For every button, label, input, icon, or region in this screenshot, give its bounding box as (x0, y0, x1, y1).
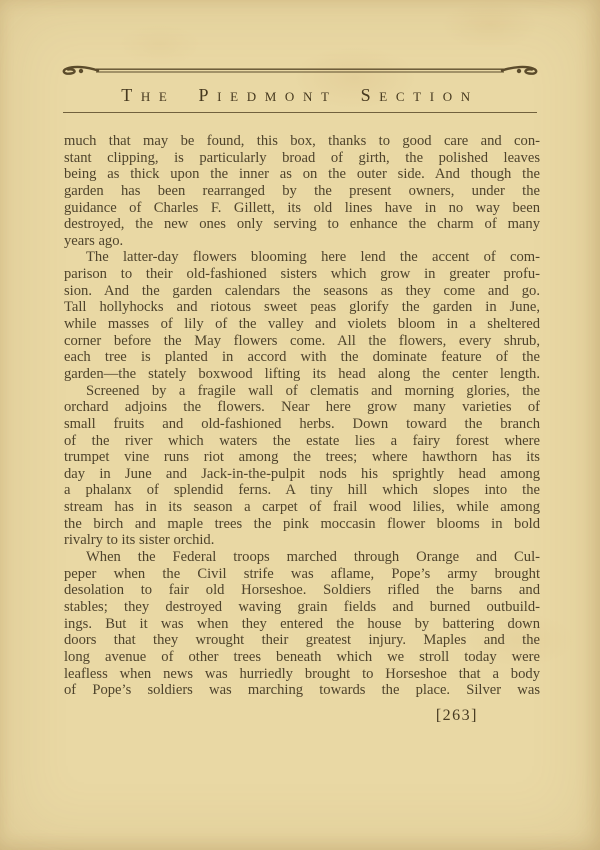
text-line: stables; they destroyed waving grain fie… (64, 599, 540, 616)
text-line: peper when the Civil strife was aflame, … (64, 566, 540, 583)
text-line: desolation to fair old Horseshoe. Soldie… (64, 582, 540, 599)
text-line: much that may be found, this box, thanks… (64, 133, 540, 150)
text-line: stream has in its season a carpet of fra… (64, 499, 540, 516)
text-line: orchard adjoins the flowers. Near here g… (64, 399, 540, 416)
text-line: each tree is planted in accord with the … (64, 349, 540, 366)
text-line: doors that they wrought their greatest i… (64, 632, 540, 649)
text-line: Tall hollyhocks and riotous sweet peas g… (64, 299, 540, 316)
text-line: rivalry to its sister orchid. (64, 532, 540, 549)
text-line: small fruits and old-fashioned herbs. Do… (64, 416, 540, 433)
scroll-flourish-left-icon (64, 67, 98, 74)
text-line: When the Federal troops marched through … (64, 549, 540, 566)
text-line: trumpet vine runs riot among the trees; … (64, 449, 540, 466)
text-line: being as thick upon the inner as on the … (64, 166, 540, 183)
text-line: leafless when news was hurriedly brought… (64, 666, 540, 683)
page-number: [263] (64, 707, 478, 725)
text-line: guidance of Charles F. Gillett, its old … (64, 200, 540, 217)
text-line: day in June and Jack-in-the-pulpit nods … (64, 466, 540, 483)
text-line: sion. And the garden calendars the seaso… (64, 283, 540, 300)
text-line: garden has been rearranged by the presen… (64, 183, 540, 200)
text-line: long avenue of other trees beneath which… (64, 649, 540, 666)
body-text: much that may be found, this box, thanks… (64, 133, 540, 699)
scroll-flourish-right-icon (502, 67, 536, 74)
text-line: parison to their old-fashioned sisters w… (64, 266, 540, 283)
text-line: ings. But it was when they entered the h… (64, 616, 540, 633)
text-line: a phalanx of splendid ferns. A tiny hill… (64, 482, 540, 499)
running-head-title: The Piedmont Section (0, 85, 600, 106)
text-line: the birch and maple trees the pink mocca… (64, 516, 540, 533)
header-divider-rule (63, 112, 537, 113)
text-line: while masses of lily of the valley and v… (64, 316, 540, 333)
text-line: of the river which waters the estate lie… (64, 433, 540, 450)
text-line: destroyed, the new ones only serving to … (64, 216, 540, 233)
book-page: The Piedmont Section much that may be fo… (0, 0, 600, 850)
text-line: of Pope’s soldiers was marching towards … (64, 682, 540, 699)
text-line: corner before the May flowers come. All … (64, 333, 540, 350)
text-line: Screened by a fragile wall of clematis a… (64, 383, 540, 400)
text-line: The latter-day flowers blooming here len… (64, 249, 540, 266)
text-line: years ago. (64, 233, 540, 250)
text-line: stant clipping, is particularly broad of… (64, 150, 540, 167)
text-line: garden—the stately boxwood lifting its h… (64, 366, 540, 383)
ornamental-rule-icon (56, 62, 544, 80)
